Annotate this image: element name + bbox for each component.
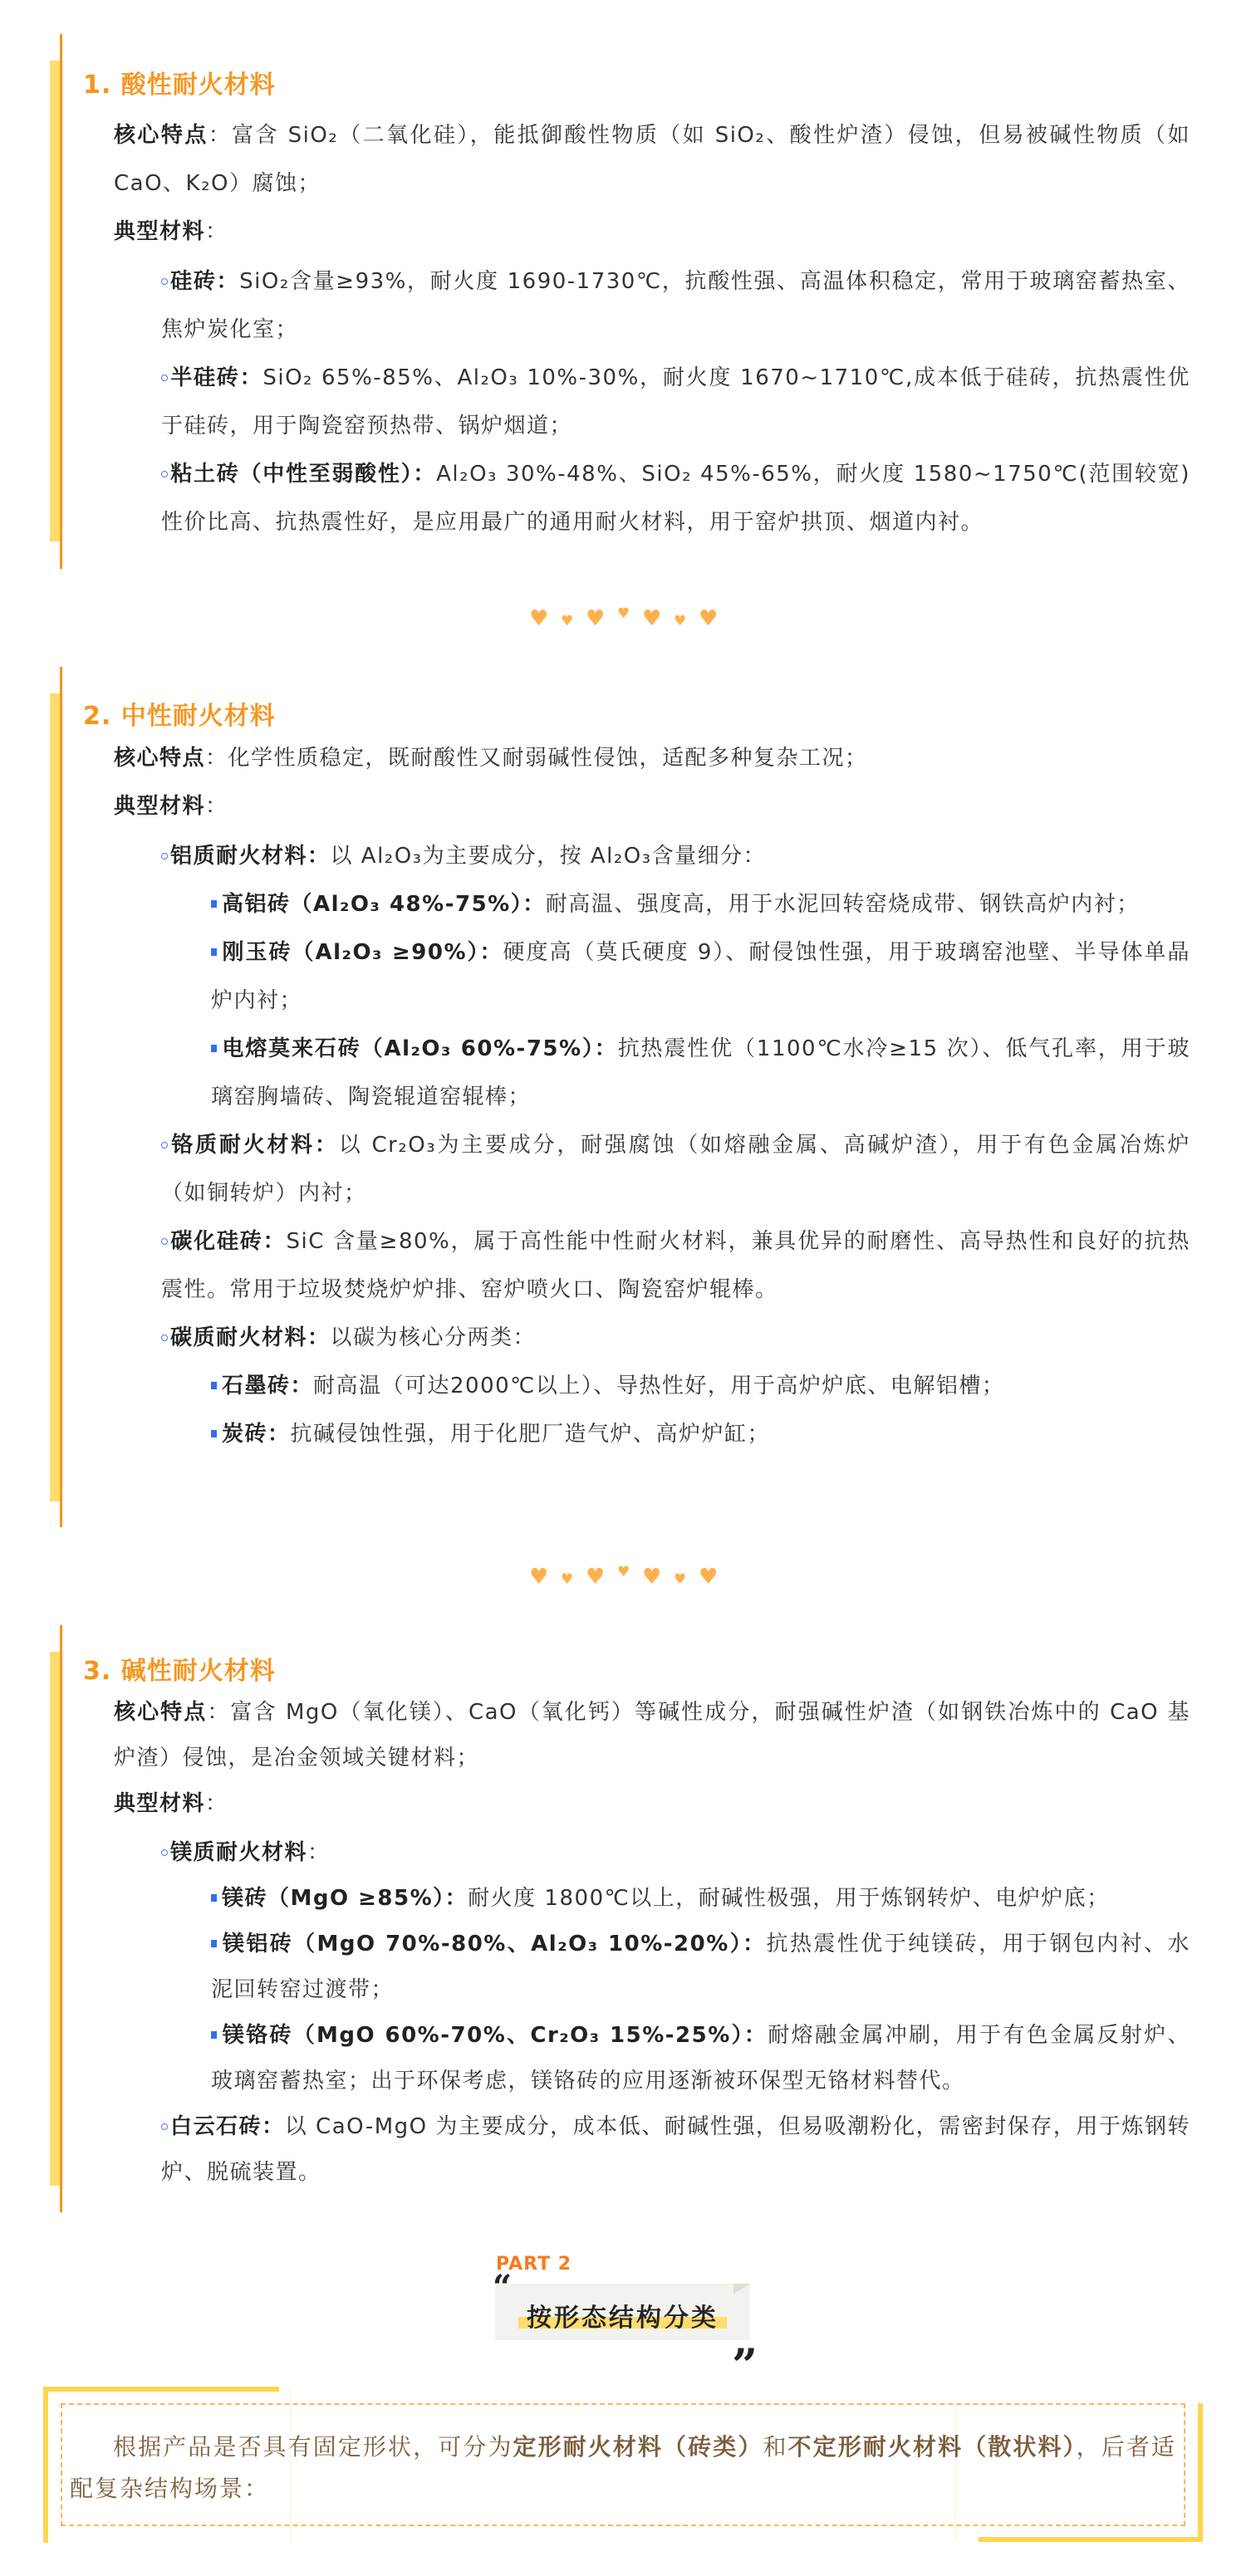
- heart-icon: ♥: [529, 1566, 548, 1588]
- item-text: 以 CaO-MgO 为主要成分，成本低、耐碱性强，但易吸潮粉化，需密封保存，用于…: [161, 2114, 1190, 2185]
- heart-icon: ♥: [674, 615, 686, 629]
- typical-heading: 典型材料：: [114, 782, 1190, 830]
- item-name: 铬质耐火材料：: [170, 1133, 339, 1158]
- list-item: 硅砖：SiO₂含量≥93%，耐火度 1690-1730℃，抗酸性强、高温体积稳定…: [114, 257, 1190, 354]
- list-item: 半硅砖：SiO₂ 65%-85%、Al₂O₃ 10%-30%，耐火度 1670~…: [114, 354, 1190, 450]
- list-item: 镁质耐火材料：: [114, 1830, 1190, 1876]
- typical-label: 典型材料: [114, 794, 205, 819]
- core-label: 核心特点: [114, 123, 208, 148]
- list-item: 镁砖（MgO ≥85%）：耐火度 1800℃以上，耐碱性极强，用于炼钢转炉、电炉…: [114, 1876, 1190, 1922]
- heart-icon: ♥: [642, 608, 661, 629]
- section-body: 核心特点：富含 MgO（氧化镁）、CaO（氧化钙）等碱性成分，耐强碱性炉渣（如钢…: [114, 1690, 1190, 2196]
- item-name: 半硅砖：: [170, 365, 262, 390]
- item-text: ：: [307, 1840, 331, 1865]
- square-bullet-icon: [211, 1894, 217, 1902]
- part-title: 按形态结构分类: [495, 2297, 750, 2334]
- list-item: 电熔莫来石砖（Al₂O₃ 60%-75%）：抗热震性优（1100℃水冷≥15 次…: [114, 1025, 1190, 1121]
- item-text: 以 Al₂O₃为主要成分，按 Al₂O₃含量细分：: [331, 844, 767, 869]
- corner-decoration-bottom-right: [1198, 2403, 1203, 2542]
- square-bullet-icon: [211, 1940, 217, 1947]
- list-item: 石墨砖：耐高温（可达2000℃以上）、导热性好，用于高炉炉底、电解铝槽；: [114, 1362, 1190, 1410]
- item-name: 碳化硅砖：: [170, 1229, 287, 1254]
- list-item: 碳质耐火材料：以碳为核心分两类：: [114, 1314, 1190, 1362]
- section-body: 核心特点：富含 SiO₂（二氧化硅），能抵御酸性物质（如 SiO₂、酸性炉渣）侵…: [114, 111, 1190, 546]
- item-text: 耐高温（可达2000℃以上）、导热性好，用于高炉炉底、电解铝槽；: [313, 1374, 1004, 1398]
- typical-heading: 典型材料：: [114, 208, 1190, 256]
- corner-decoration-top-left: [43, 2387, 279, 2392]
- close-quote-icon: „: [733, 2317, 758, 2362]
- square-bullet-icon: [211, 1430, 217, 1437]
- item-name: 电熔莫来石砖（Al₂O₃ 60%-75%）：: [222, 1036, 618, 1061]
- core-text: ：富含 SiO₂（二氧化硅），能抵御酸性物质（如 SiO₂、酸性炉渣）侵蚀，但易…: [114, 123, 1190, 196]
- item-name: 白云石砖：: [170, 2114, 285, 2139]
- item-name: 铝质耐火材料：: [170, 844, 331, 869]
- list-item: 炭砖：抗碱侵蚀性强，用于化肥厂造气炉、高炉炉缸；: [114, 1410, 1190, 1458]
- bold-term: 不定形耐火材料（散状料）: [788, 2433, 1077, 2461]
- item-text: 耐高温、强度高，用于水泥回转窑烧成带、钢铁高炉内衬；: [546, 892, 1140, 917]
- item-text: 耐火度 1800℃以上，耐碱性极强，用于炼钢转炉、电炉炉底；: [468, 1886, 1110, 1911]
- section-accent-bar: [50, 1652, 60, 2186]
- core-label: 核心特点: [114, 746, 205, 771]
- typical-label: 典型材料: [114, 219, 205, 244]
- corner-decoration-bottom-right: [979, 2537, 1203, 2542]
- heart-divider: ♥ ♥ ♥ ♥ ♥ ♥ ♥: [529, 603, 720, 628]
- section-title: 2. 中性耐火材料: [83, 700, 276, 733]
- core-feature: 核心特点：富含 SiO₂（二氧化硅），能抵御酸性物质（如 SiO₂、酸性炉渣）侵…: [114, 111, 1190, 208]
- item-name: 刚玉砖（Al₂O₃ ≥90%）：: [222, 940, 503, 965]
- heart-icon: ♥: [674, 1573, 686, 1587]
- item-name: 粘土砖（中性至弱酸性）：: [170, 462, 436, 487]
- item-name: 镁质耐火材料: [170, 1840, 307, 1865]
- square-bullet-icon: [211, 2031, 217, 2039]
- section-accent-bar: [50, 61, 60, 541]
- page-fold-decoration: [733, 2284, 750, 2294]
- item-name: 石墨砖：: [222, 1374, 313, 1398]
- square-bullet-icon: [211, 1382, 217, 1389]
- item-text: SiC 含量≥80%，属于高性能中性耐火材料，兼具优异的耐磨性、高导热性和良好的…: [161, 1229, 1190, 1302]
- heart-icon: ♥: [617, 1565, 630, 1579]
- hollow-circle-bullet-icon: [161, 471, 168, 477]
- core-label: 核心特点: [114, 1700, 207, 1725]
- item-name: 炭砖：: [222, 1422, 291, 1447]
- list-item: 碳化硅砖：SiC 含量≥80%，属于高性能中性耐火材料，兼具优异的耐磨性、高导热…: [114, 1217, 1190, 1314]
- heart-icon: ♥: [699, 1566, 718, 1588]
- item-name: 碳质耐火材料：: [170, 1325, 331, 1350]
- core-text: ：化学性质稳定，既耐酸性又耐弱碱性侵蚀，适配多种复杂工况；: [205, 746, 868, 771]
- typical-heading: 典型材料：: [114, 1781, 1190, 1827]
- core-feature: 核心特点：富含 MgO（氧化镁）、CaO（氧化钙）等碱性成分，耐强碱性炉渣（如钢…: [114, 1690, 1190, 1781]
- hollow-circle-bullet-icon: [161, 853, 168, 859]
- heart-icon: ♥: [699, 608, 718, 629]
- square-bullet-icon: [211, 900, 217, 908]
- item-name: 镁铬砖（MgO 60%-70%、Cr₂O₃ 15%-25%）：: [222, 2023, 768, 2048]
- section-accent-line: [60, 1625, 62, 2212]
- section-title: 1. 酸性耐火材料: [83, 69, 276, 102]
- list-item: 粘土砖（中性至弱酸性）：Al₂O₃ 30%-48%、SiO₂ 45%-65%，耐…: [114, 450, 1190, 546]
- corner-decoration-top-left: [43, 2387, 48, 2543]
- heart-icon: ♥: [586, 1566, 605, 1588]
- item-name: 硅砖：: [170, 269, 239, 294]
- heart-icon: ♥: [617, 607, 630, 621]
- list-item: 镁铝砖（MgO 70%-80%、Al₂O₃ 10%-20%）：抗热震性优于纯镁砖…: [114, 1922, 1190, 2013]
- section-accent-line: [60, 667, 62, 1527]
- list-item: 白云石砖：以 CaO-MgO 为主要成分，成本低、耐碱性强，但易吸潮粉化，需密封…: [114, 2104, 1190, 2196]
- square-bullet-icon: [211, 1045, 217, 1052]
- heart-icon: ♥: [529, 608, 548, 629]
- hollow-circle-bullet-icon: [161, 2123, 168, 2130]
- section-body: 核心特点：化学性质稳定，既耐酸性又耐弱碱性侵蚀，适配多种复杂工况； 典型材料： …: [114, 734, 1190, 1458]
- list-item: 刚玉砖（Al₂O₃ ≥90%）：硬度高（莫氏硬度 9）、耐侵蚀性强，用于玻璃窑池…: [114, 928, 1190, 1025]
- heart-icon: ♥: [642, 1566, 661, 1588]
- hollow-circle-bullet-icon: [161, 278, 168, 285]
- list-item: 镁铬砖（MgO 60%-70%、Cr₂O₃ 15%-25%）：耐熔融金属冲刷，用…: [114, 2013, 1190, 2104]
- hollow-circle-bullet-icon: [161, 375, 168, 381]
- list-item: 铬质耐火材料：以 Cr₂O₃为主要成分，耐强腐蚀（如熔融金属、高碱炉渣），用于有…: [114, 1121, 1190, 1217]
- hollow-circle-bullet-icon: [161, 1849, 168, 1856]
- item-text: SiO₂含量≥93%，耐火度 1690-1730℃，抗酸性强、高温体积稳定，常用…: [161, 269, 1190, 342]
- heart-icon: ♥: [561, 615, 573, 629]
- heart-icon: ♥: [586, 608, 605, 629]
- item-text: 抗碱侵蚀性强，用于化肥厂造气炉、高炉炉缸；: [291, 1422, 771, 1447]
- heart-divider: ♥ ♥ ♥ ♥ ♥ ♥ ♥: [529, 1561, 720, 1586]
- list-item: 高铝砖（Al₂O₃ 48%-75%）：耐高温、强度高，用于水泥回转窑烧成带、钢铁…: [114, 880, 1190, 928]
- list-item: 铝质耐火材料：以 Al₂O₃为主要成分，按 Al₂O₃含量细分：: [114, 832, 1190, 880]
- core-text: ：富含 MgO（氧化镁）、CaO（氧化钙）等碱性成分，耐强碱性炉渣（如钢铁冶炼中…: [114, 1700, 1190, 1770]
- section-accent-bar: [50, 693, 60, 1501]
- item-text: SiO₂ 65%-85%、Al₂O₃ 10%-30%，耐火度 1670~1710…: [161, 365, 1190, 438]
- item-text: 以碳为核心分两类：: [331, 1325, 537, 1350]
- square-bullet-icon: [211, 948, 217, 956]
- item-name: 高铝砖（Al₂O₃ 48%-75%）：: [222, 892, 546, 917]
- core-feature: 核心特点：化学性质稳定，既耐酸性又耐弱碱性侵蚀，适配多种复杂工况；: [114, 734, 1190, 782]
- hollow-circle-bullet-icon: [161, 1335, 168, 1341]
- hollow-circle-bullet-icon: [161, 1142, 168, 1148]
- item-name: 镁铝砖（MgO 70%-80%、Al₂O₃ 10%-20%）：: [222, 1932, 767, 1956]
- item-name: 镁砖（MgO ≥85%）：: [222, 1886, 468, 1911]
- heart-icon: ♥: [561, 1573, 573, 1587]
- intro-paragraph: 根据产品是否具有固定形状，可分为定形耐火材料（砖类）和不定形耐火材料（散状料），…: [70, 2427, 1176, 2510]
- section-accent-line: [60, 34, 62, 569]
- bold-term: 定形耐火材料（砖类）: [513, 2433, 763, 2461]
- typical-label: 典型材料: [114, 1791, 205, 1816]
- hollow-circle-bullet-icon: [161, 1238, 168, 1245]
- section-title: 3. 碱性耐火材料: [83, 1655, 276, 1688]
